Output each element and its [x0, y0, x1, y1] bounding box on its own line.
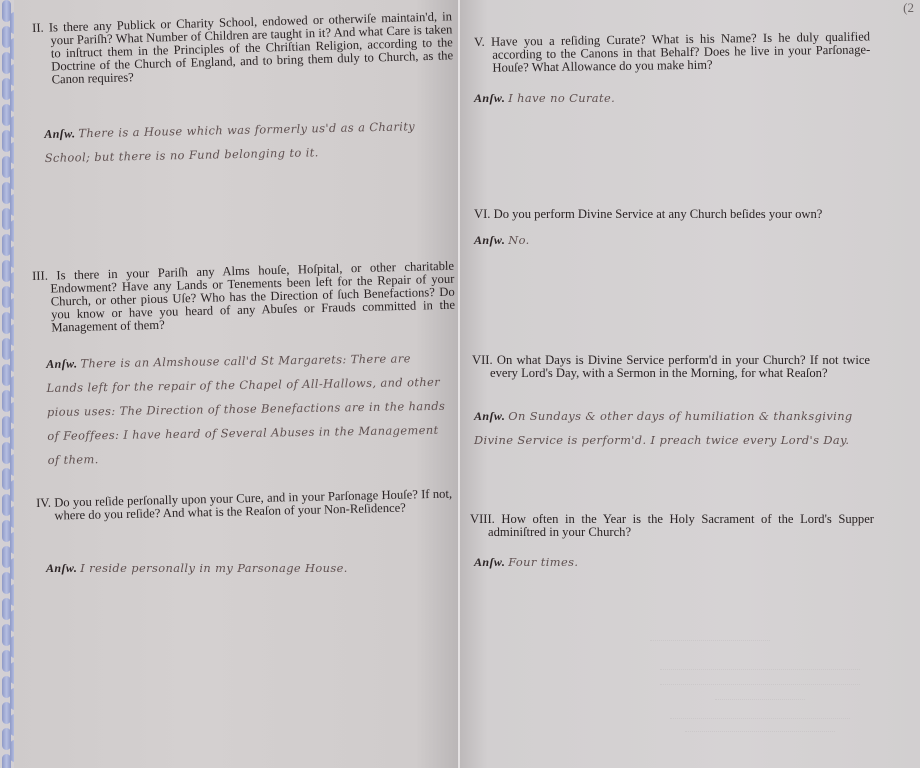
question-number: VI.	[474, 207, 490, 221]
question-text: How often in the Year is the Holy Sacram…	[488, 512, 874, 539]
question-ii: II. Is there any Publick or Charity Scho…	[32, 10, 454, 87]
question-viii: VIII. How often in the Year is the Holy …	[470, 513, 874, 539]
question-text: Do you reſide perſonally upon your Cure,…	[54, 487, 452, 523]
question-number: V.	[474, 35, 485, 49]
question-number: VII.	[472, 353, 493, 367]
answer-label: Anſw.	[46, 561, 77, 575]
handwritten-answer: I reside personally in my Parsonage Hous…	[80, 561, 348, 575]
question-number: III.	[32, 269, 48, 283]
question-text: Do you perform Divine Service at any Chu…	[494, 207, 823, 221]
right-page: (2 V. Have you a reſiding Curate? What i…	[460, 0, 920, 768]
answer-viii: Anſw.Four times.	[474, 550, 870, 574]
answer-vii: Anſw.On Sundays & other days of humiliat…	[474, 404, 884, 452]
handwritten-answer: I have no Curate.	[508, 91, 615, 105]
answer-label: Anſw.	[474, 555, 505, 569]
question-iv: IV. Do you reſide perſonally upon your C…	[36, 488, 452, 523]
question-text: On what Days is Divine Service perform'd…	[490, 353, 870, 380]
answer-label: Anſw.	[474, 233, 505, 247]
question-iii: III. Is there in your Pariſh any Alms ho…	[32, 260, 455, 335]
handwritten-answer: There is a House which was formerly us'd…	[45, 119, 416, 165]
answer-v: Anſw.I have no Curate.	[474, 86, 870, 110]
page-number-marker: (2	[903, 0, 914, 16]
handwritten-answer: Four times.	[508, 555, 578, 569]
question-vi: VI. Do you perform Divine Service at any…	[474, 208, 894, 221]
question-number: VIII.	[470, 512, 495, 526]
answer-label: Anſw.	[474, 91, 505, 105]
answer-vi: Anſw.No.	[474, 228, 870, 252]
left-page: II. Is there any Publick or Charity Scho…	[14, 0, 460, 768]
handwritten-answer: There is an Almshouse call'd St Margaret…	[46, 351, 445, 467]
question-number: II.	[32, 21, 44, 35]
handwritten-answer: On Sundays & other days of humiliation &…	[474, 409, 853, 447]
answer-label: Anſw.	[474, 409, 505, 423]
question-text: Have you a reſiding Curate? What is his …	[491, 29, 870, 74]
question-text: Is there in your Pariſh any Alms houſe, …	[50, 259, 455, 335]
question-v: V. Have you a reſiding Curate? What is h…	[474, 30, 871, 75]
handwritten-answer: No.	[508, 233, 529, 247]
question-vii: VII. On what Days is Divine Service perf…	[472, 354, 870, 380]
answer-iv: Anſw.I reside personally in my Parsonage…	[46, 556, 450, 580]
answer-label: Anſw.	[46, 357, 77, 371]
bleed-through-text	[630, 620, 890, 750]
answer-iii: Anſw.There is an Almshouse call'd St Mar…	[46, 346, 452, 472]
answer-label: Anſw.	[44, 126, 76, 141]
question-text: Is there any Publick or Charity School, …	[49, 9, 454, 86]
question-number: IV.	[36, 496, 51, 510]
answer-ii: Anſw.There is a House which was formerly…	[44, 113, 455, 170]
